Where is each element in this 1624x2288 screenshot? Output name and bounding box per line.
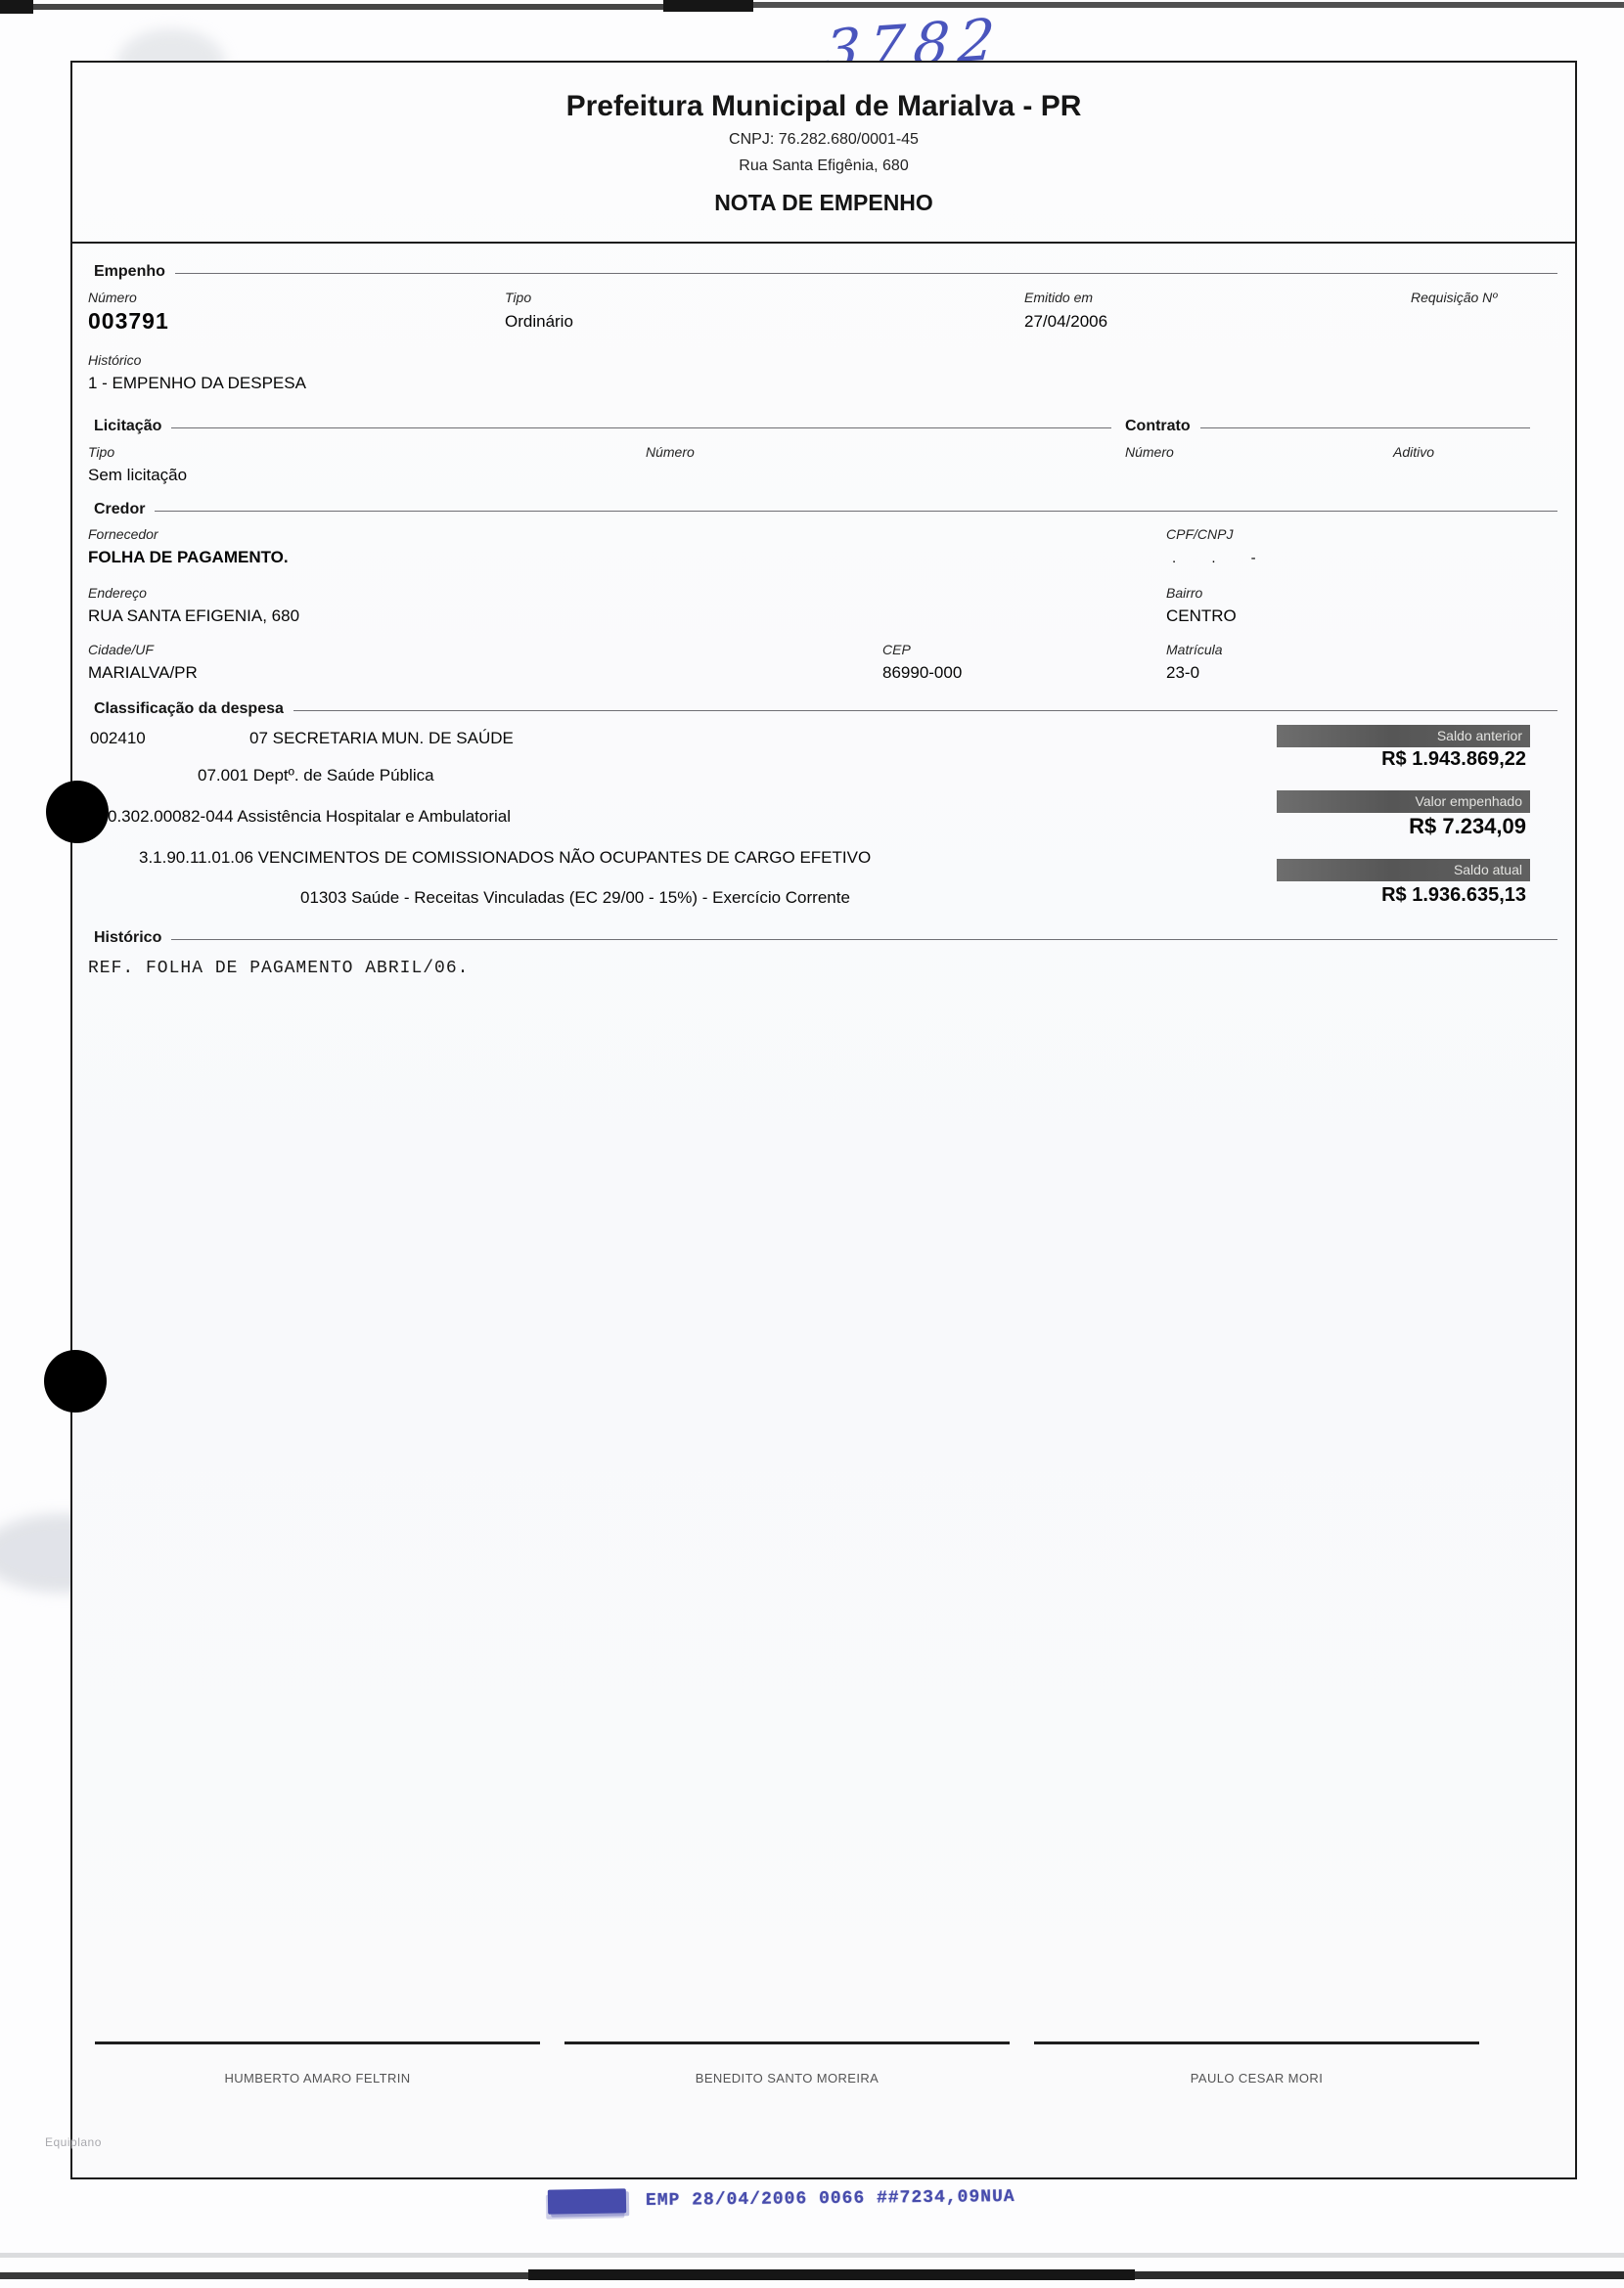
signature-name-1: HUMBERTO AMARO FELTRIN (95, 2071, 540, 2086)
header-cnpj: CNPJ: 76.282.680/0001-45 (72, 131, 1575, 149)
credor-cidade-label: Cidade/UF (88, 642, 154, 657)
empenho-emitido-value: 27/04/2006 (1024, 312, 1107, 332)
scan-edge-bottom-1 (0, 2272, 528, 2279)
licitacao-tipo-value: Sem licitação (88, 466, 187, 485)
scan-edge-bottom-2 (528, 2269, 1135, 2280)
credor-fornecedor-value: FOLHA DE PAGAMENTO. (88, 548, 289, 567)
classificacao-row: 3.1.90.11.01.06 VENCIMENTOS DE COMISSION… (139, 848, 871, 868)
credor-bairro-value: CENTRO (1166, 606, 1237, 626)
signature-line-2 (564, 2041, 1010, 2044)
scan-edge-top-1 (29, 4, 665, 10)
empenho-historico-value: 1 - EMPENHO DA DESPESA (88, 374, 306, 393)
section-licitacao: Licitação (94, 418, 1111, 435)
saldo-atual-bar: Saldo atual (1277, 859, 1530, 881)
contrato-numero-label: Número (1125, 444, 1174, 460)
empenho-emitido-label: Emitido em (1024, 290, 1093, 305)
credor-cep-value: 86990-000 (882, 663, 962, 683)
licitacao-tipo-label: Tipo (88, 444, 114, 460)
header-address: Rua Santa Efigênia, 680 (72, 157, 1575, 175)
credor-cpf-value: . . - (1172, 550, 1272, 566)
credor-endereco-value: RUA SANTA EFIGENIA, 680 (88, 606, 299, 626)
valor-empenhado-bar: Valor empenhado (1277, 790, 1530, 813)
scan-edge-top-3 (751, 2, 1624, 8)
stamp-blob (548, 2188, 626, 2214)
saldo-atual-value: R$ 1.936.635,13 (1381, 884, 1526, 907)
section-credor: Credor (94, 501, 1557, 518)
empenho-requisicao-label: Requisição Nº (1411, 290, 1497, 305)
empenho-numero-label: Número (88, 290, 137, 305)
saldo-anterior-bar: Saldo anterior (1277, 725, 1530, 747)
signature-name-3: PAULO CESAR MORI (1034, 2071, 1479, 2086)
credor-cep-label: CEP (882, 642, 911, 657)
signature-line-3 (1034, 2041, 1479, 2044)
section-empenho-label: Empenho (94, 263, 165, 281)
section-credor-rule (155, 511, 1557, 512)
section-licitacao-rule (171, 427, 1111, 428)
credor-bairro-label: Bairro (1166, 585, 1202, 601)
scan-edge-top-left (0, 0, 33, 14)
contrato-aditivo-label: Aditivo (1393, 444, 1434, 460)
section-contrato: Contrato (1125, 418, 1530, 435)
software-credit: Equiplano (45, 2135, 102, 2149)
credor-endereco-label: Endereço (88, 585, 147, 601)
classificacao-row: 0.302.00082-044 Assistência Hospitalar e… (108, 807, 511, 827)
section-classificacao-label: Classificação da despesa (94, 700, 284, 718)
section-licitacao-label: Licitação (94, 418, 161, 435)
section-contrato-rule (1200, 427, 1530, 428)
credor-cidade-value: MARIALVA/PR (88, 663, 198, 683)
valor-empenhado-value: R$ 7.234,09 (1409, 814, 1526, 839)
classificacao-row-code: 002410 (90, 729, 146, 748)
scan-edge-bottom-3 (1133, 2271, 1624, 2279)
empenho-numero-value: 003791 (88, 308, 169, 335)
saldo-anterior-value: R$ 1.943.869,22 (1381, 748, 1526, 771)
signature-line-1 (95, 2041, 540, 2044)
licitacao-numero-label: Número (646, 444, 695, 460)
scan-edge-bottom-streak (0, 2253, 1624, 2258)
scan-edge-top-2 (663, 0, 753, 12)
empenho-historico-label: Histórico (88, 352, 141, 368)
section-historico: Histórico (94, 929, 1557, 947)
section-historico-rule (171, 939, 1557, 940)
hole-punch-bottom (44, 1350, 107, 1413)
header-divider (71, 242, 1576, 244)
classificacao-row: 07 SECRETARIA MUN. DE SAÚDE (249, 729, 514, 748)
credor-cpf-label: CPF/CNPJ (1166, 526, 1233, 542)
empenho-tipo-label: Tipo (505, 290, 531, 305)
document-title: NOTA DE EMPENHO (72, 190, 1575, 216)
credor-matricula-value: 23-0 (1166, 663, 1199, 683)
historico-text: REF. FOLHA DE PAGAMENTO ABRIL/06. (88, 959, 469, 978)
section-empenho-rule (175, 273, 1557, 274)
section-contrato-label: Contrato (1125, 418, 1191, 435)
classificacao-row: 01303 Saúde - Receitas Vinculadas (EC 29… (300, 888, 850, 908)
section-classificacao-rule (293, 710, 1557, 711)
validation-stamp-text: EMP 28/04/2006 0066 ##7234,09NUA (646, 2187, 1015, 2211)
section-credor-label: Credor (94, 501, 145, 518)
page-title: Prefeitura Municipal de Marialva - PR (72, 90, 1575, 123)
classificacao-row: 07.001 Deptº. de Saúde Pública (198, 766, 434, 785)
credor-matricula-label: Matrícula (1166, 642, 1223, 657)
hole-punch-top (46, 781, 109, 843)
section-historico-label: Histórico (94, 929, 161, 947)
section-classificacao: Classificação da despesa (94, 700, 1557, 718)
empenho-tipo-value: Ordinário (505, 312, 573, 332)
document-page: Prefeitura Municipal de Marialva - PR CN… (70, 61, 1577, 2179)
signature-name-2: BENEDITO SANTO MOREIRA (564, 2071, 1010, 2086)
section-empenho: Empenho (94, 263, 1557, 281)
credor-fornecedor-label: Fornecedor (88, 526, 158, 542)
